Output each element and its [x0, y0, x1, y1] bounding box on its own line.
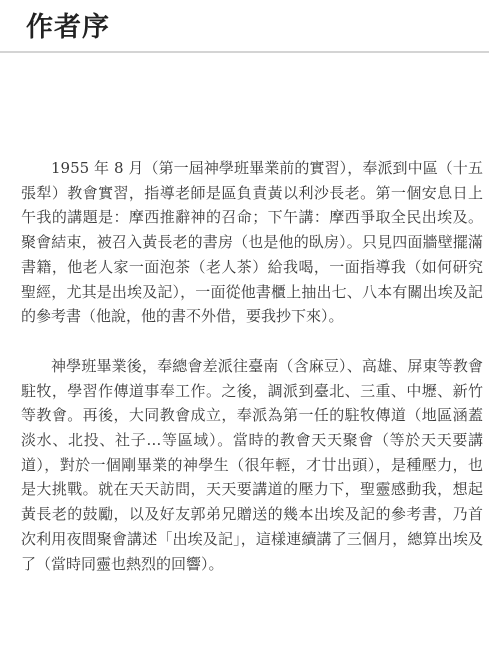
- paragraph-2: 神學班畢業後，奉總會差派往臺南（含麻豆）、高雄、屏東等教會駐牧，學習作傳道事奉工…: [21, 354, 483, 576]
- page-title: 作者序: [26, 10, 110, 46]
- paragraph-1: 1955 年 8 月（第一屆神學班畢業前的實習），奉派到中區（十五張犁）教會實習…: [21, 156, 483, 329]
- preface-body: 1955 年 8 月（第一屆神學班畢業前的實習），奉派到中區（十五張犁）教會實習…: [21, 156, 483, 576]
- title-divider: [0, 51, 489, 53]
